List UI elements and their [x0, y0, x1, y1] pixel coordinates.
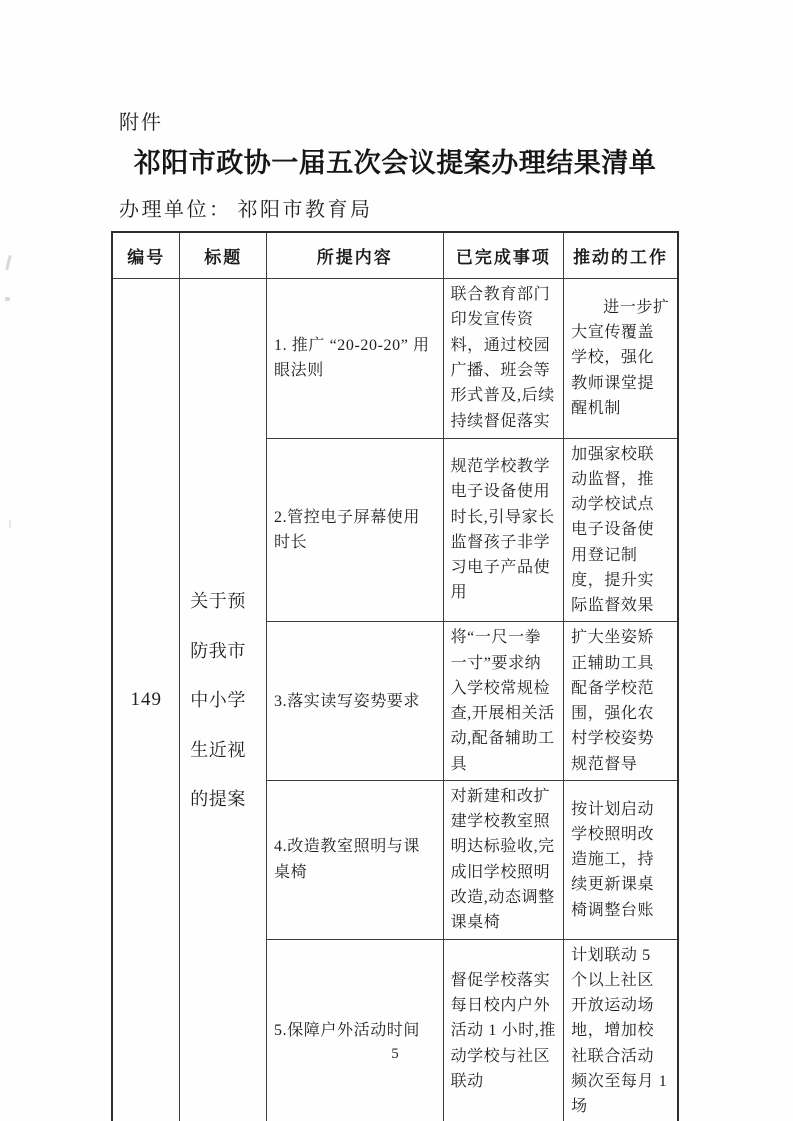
proposal-title-line: 生近视 — [190, 736, 256, 764]
cell-proposal-number: 149 — [112, 278, 180, 1121]
table-row: 149 关于预 防我市 中小学 生近视 的提案 1. 推广 “20-20-20”… — [112, 278, 678, 438]
document-page: 附件 祁阳市政协一届五次会议提案办理结果清单 办理单位：祁阳市教育局 编号 标题… — [0, 0, 793, 1121]
proposal-title-lines: 关于预 防我市 中小学 生近视 的提案 — [180, 587, 266, 813]
header-title: 标题 — [180, 232, 267, 278]
cell-completed: 规范学校教学电子设备使用时长,引导家长监督孩子非学习电子产品使用 — [443, 438, 564, 622]
handling-unit-name: 祁阳市教育局 — [238, 199, 373, 221]
proposal-title-line: 关于预 — [190, 587, 256, 615]
page-title: 祁阳市政协一届五次会议提案办理结果清单 — [111, 141, 679, 180]
handling-unit-line: 办理单位：祁阳市教育局 — [119, 193, 373, 222]
cell-promoted: 扩大坐姿矫正辅助工具配备学校范围，强化农村学校姿势规范督导 — [564, 622, 678, 781]
cell-content: 4.改造教室照明与课桌椅 — [267, 780, 444, 939]
header-content: 所提内容 — [267, 232, 444, 278]
cell-completed: 督促学校落实每日校内户外活动 1 小时,推动学校与社区联动 — [443, 939, 564, 1121]
cell-completed: 将“一尺一拳一寸”要求纳入学校常规检查,开展相关活动,配备辅助工具 — [443, 622, 564, 781]
cell-content: 3.落实读写姿势要求 — [267, 622, 444, 781]
proposal-title-line: 中小学 — [190, 686, 256, 714]
header-promoted: 推动的工作 — [564, 232, 678, 278]
cell-content: 5.保障户外活动时间 — [267, 939, 444, 1121]
cell-promoted: 加强家校联动监督，推动学校试点电子设备使用登记制度，提升实际监督效果 — [564, 438, 678, 622]
scan-artifact — [5, 255, 12, 270]
scan-artifact — [9, 520, 11, 528]
header-number: 编号 — [112, 232, 180, 278]
cell-content: 1. 推广 “20-20-20” 用眼法则 — [267, 278, 444, 438]
page-number: 5 — [111, 1046, 679, 1063]
cell-promoted: 按计划启动学校照明改造施工，持续更新课桌椅调整台账 — [564, 780, 678, 939]
handling-unit-label: 办理单位： — [119, 199, 232, 221]
cell-proposal-title: 关于预 防我市 中小学 生近视 的提案 — [180, 278, 267, 1121]
cell-completed: 对新建和改扩建学校教室照明达标验收,完成旧学校照明改造,动态调整课桌椅 — [443, 780, 564, 939]
proposal-title-line: 防我市 — [190, 637, 256, 665]
proposal-result-table: 编号 标题 所提内容 已完成事项 推动的工作 149 关于预 防我市 中小学 生… — [111, 231, 679, 1121]
cell-content: 2.管控电子屏幕使用时长 — [267, 438, 444, 622]
attachment-label: 附件 — [119, 106, 163, 135]
cell-promoted: 进一步扩大宣传覆盖学校，强化教师课堂提醒机制 — [564, 278, 678, 438]
scan-artifact — [5, 297, 10, 301]
table-header-row: 编号 标题 所提内容 已完成事项 推动的工作 — [112, 232, 678, 278]
cell-completed: 联合教育部门印发宣传资料，通过校园广播、班会等形式普及,后续持续督促落实 — [443, 278, 564, 438]
cell-promoted: 计划联动 5 个以上社区开放运动场地，增加校社联合活动频次至每月 1 场 — [564, 939, 678, 1121]
header-completed: 已完成事项 — [443, 232, 564, 278]
proposal-title-line: 的提案 — [190, 785, 256, 813]
